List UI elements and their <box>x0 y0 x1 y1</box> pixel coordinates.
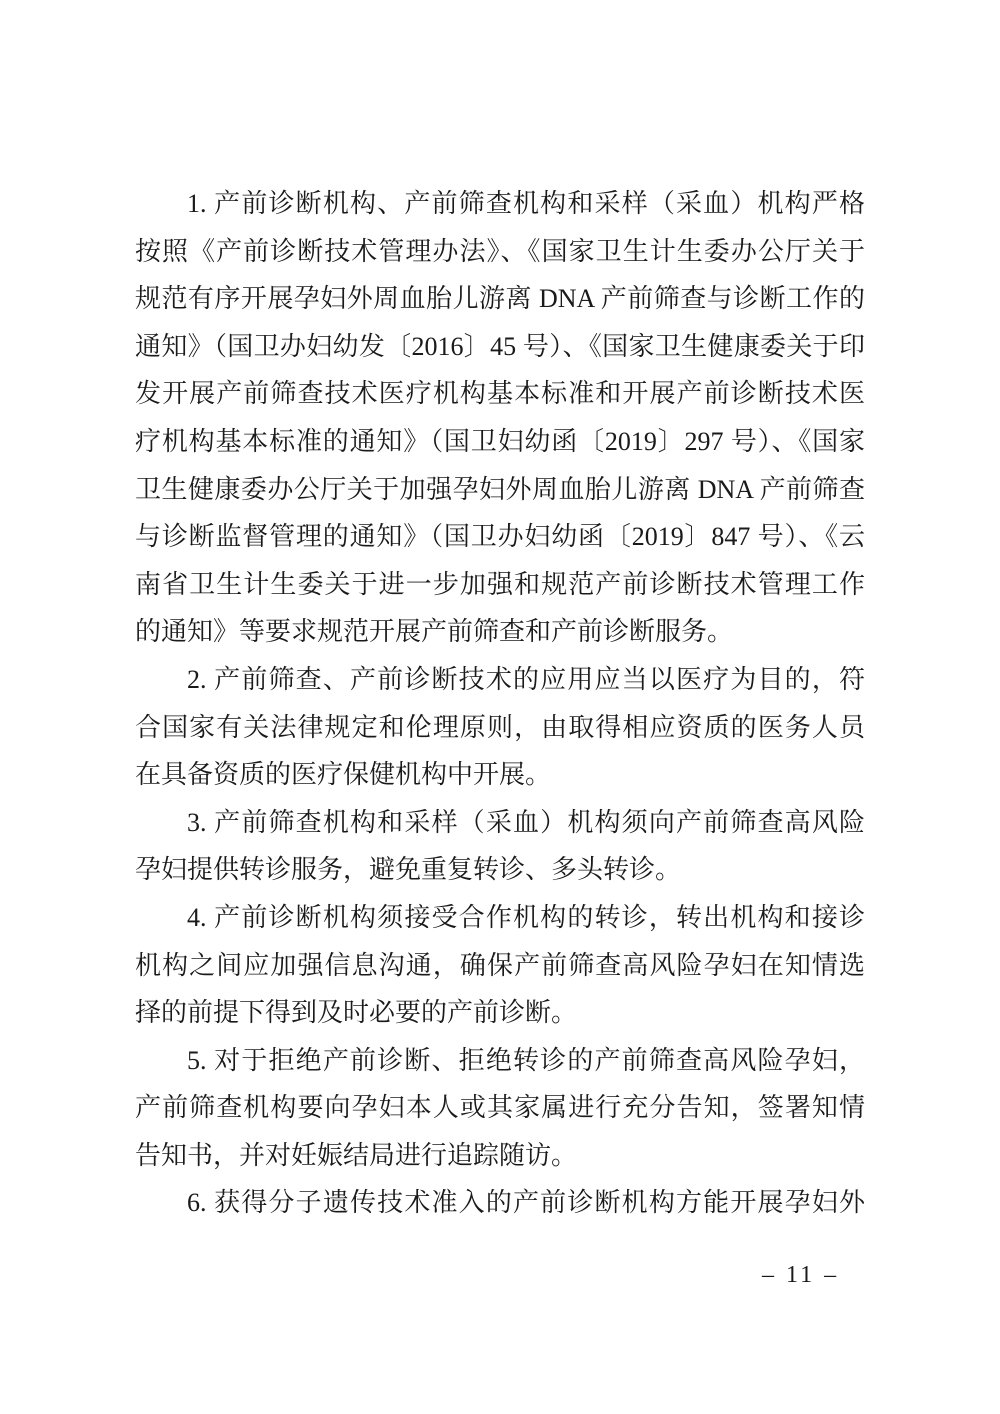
text-line: 告知书，并对妊娠结局进行追踪随访。 <box>135 1132 865 1180</box>
document-page: 1. 产前诊断机构、产前筛查机构和采样（采血）机构严格 按照《产前诊断技术管理办… <box>0 0 1000 1414</box>
text-line: 的通知》等要求规范开展产前筛查和产前诊断服务。 <box>135 608 865 656</box>
text-line: 6. 获得分子遗传技术准入的产前诊断机构方能开展孕妇外 <box>135 1179 865 1227</box>
paragraph-2: 2. 产前筛查、产前诊断技术的应用应当以医疗为目的，符 合国家有关法律规定和伦理… <box>135 656 865 799</box>
text-line: 2. 产前筛查、产前诊断技术的应用应当以医疗为目的，符 <box>135 656 865 704</box>
text-line: 1. 产前诊断机构、产前筛查机构和采样（采血）机构严格 <box>135 180 865 228</box>
text-line: 卫生健康委办公厅关于加强孕妇外周血胎儿游离 DNA 产前筛查 <box>135 466 865 514</box>
text-line: 南省卫生计生委关于进一步加强和规范产前诊断技术管理工作 <box>135 561 865 609</box>
text-line: 产前筛查机构要向孕妇本人或其家属进行充分告知，签署知情 <box>135 1084 865 1132</box>
paragraph-6: 6. 获得分子遗传技术准入的产前诊断机构方能开展孕妇外 <box>135 1179 865 1227</box>
text-line: 发开展产前筛查技术医疗机构基本标准和开展产前诊断技术医 <box>135 370 865 418</box>
text-line: 按照《产前诊断技术管理办法》、《国家卫生计生委办公厅关于 <box>135 228 865 276</box>
text-line: 疗机构基本标准的通知》（国卫妇幼函〔2019〕297 号）、《国家 <box>135 418 865 466</box>
text-line: 4. 产前诊断机构须接受合作机构的转诊，转出机构和接诊 <box>135 894 865 942</box>
paragraph-4: 4. 产前诊断机构须接受合作机构的转诊，转出机构和接诊 机构之间应加强信息沟通，… <box>135 894 865 1037</box>
text-line: 孕妇提供转诊服务，避免重复转诊、多头转诊。 <box>135 846 865 894</box>
paragraph-1: 1. 产前诊断机构、产前筛查机构和采样（采血）机构严格 按照《产前诊断技术管理办… <box>135 180 865 656</box>
page-number: – 11 – <box>762 1258 852 1292</box>
text-line: 与诊断监督管理的通知》（国卫办妇幼函〔2019〕847 号）、《云 <box>135 513 865 561</box>
text-line: 在具备资质的医疗保健机构中开展。 <box>135 751 865 799</box>
text-line: 机构之间应加强信息沟通，确保产前筛查高风险孕妇在知情选 <box>135 942 865 990</box>
text-line: 规范有序开展孕妇外周血胎儿游离 DNA 产前筛查与诊断工作的 <box>135 275 865 323</box>
paragraph-3: 3. 产前筛查机构和采样（采血）机构须向产前筛查高风险 孕妇提供转诊服务，避免重… <box>135 799 865 894</box>
paragraph-5: 5. 对于拒绝产前诊断、拒绝转诊的产前筛查高风险孕妇， 产前筛查机构要向孕妇本人… <box>135 1037 865 1180</box>
text-line: 择的前提下得到及时必要的产前诊断。 <box>135 989 865 1037</box>
text-line: 3. 产前筛查机构和采样（采血）机构须向产前筛查高风险 <box>135 799 865 847</box>
text-line: 5. 对于拒绝产前诊断、拒绝转诊的产前筛查高风险孕妇， <box>135 1037 865 1085</box>
text-line: 通知》（国卫办妇幼发〔2016〕45 号）、《国家卫生健康委关于印 <box>135 323 865 371</box>
document-body: 1. 产前诊断机构、产前筛查机构和采样（采血）机构严格 按照《产前诊断技术管理办… <box>135 180 865 1227</box>
text-line: 合国家有关法律规定和伦理原则，由取得相应资质的医务人员 <box>135 704 865 752</box>
